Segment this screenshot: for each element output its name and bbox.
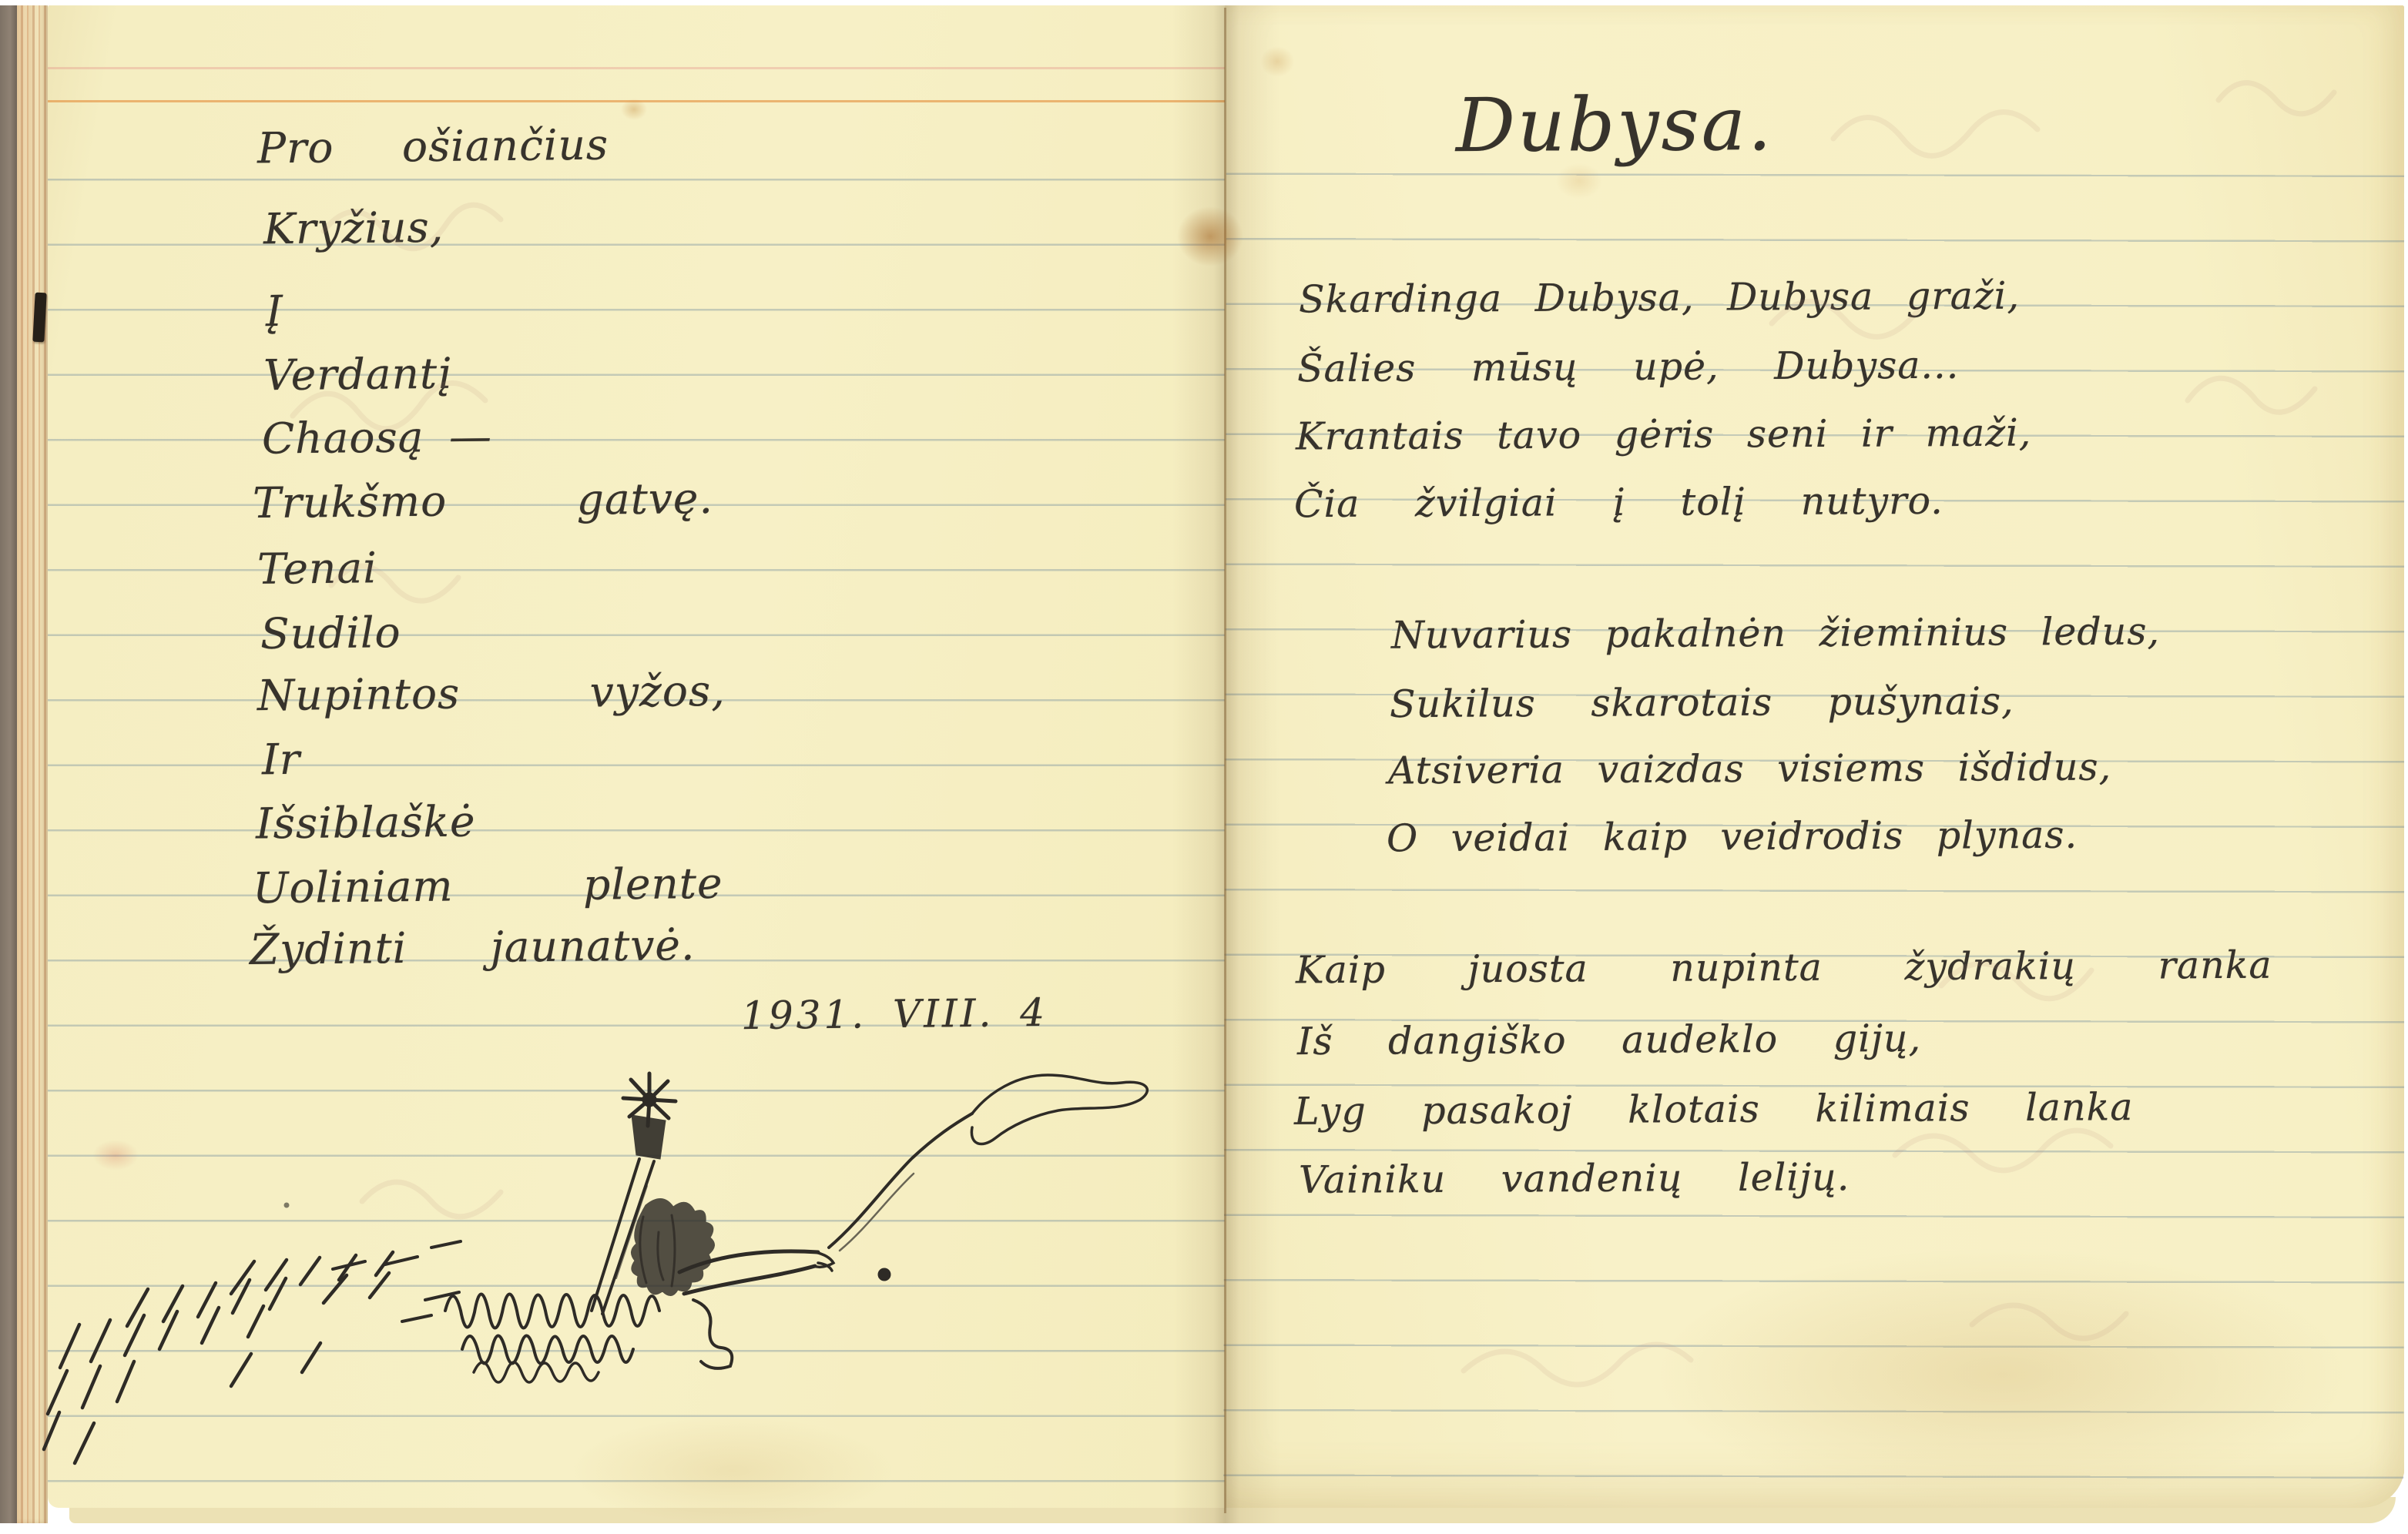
show-through-writing (293, 83, 2334, 1385)
overlay-art (0, 0, 2408, 1534)
notebook-scan: Pro ošiančius Kryžius, Į Verdantį Chaosą… (0, 0, 2408, 1534)
scan-edge-top (0, 0, 2408, 5)
scan-edge-bottom (0, 1523, 2408, 1534)
ink-drawing-figure-with-torch (44, 1073, 1147, 1463)
scan-edge-right (2404, 0, 2408, 1534)
